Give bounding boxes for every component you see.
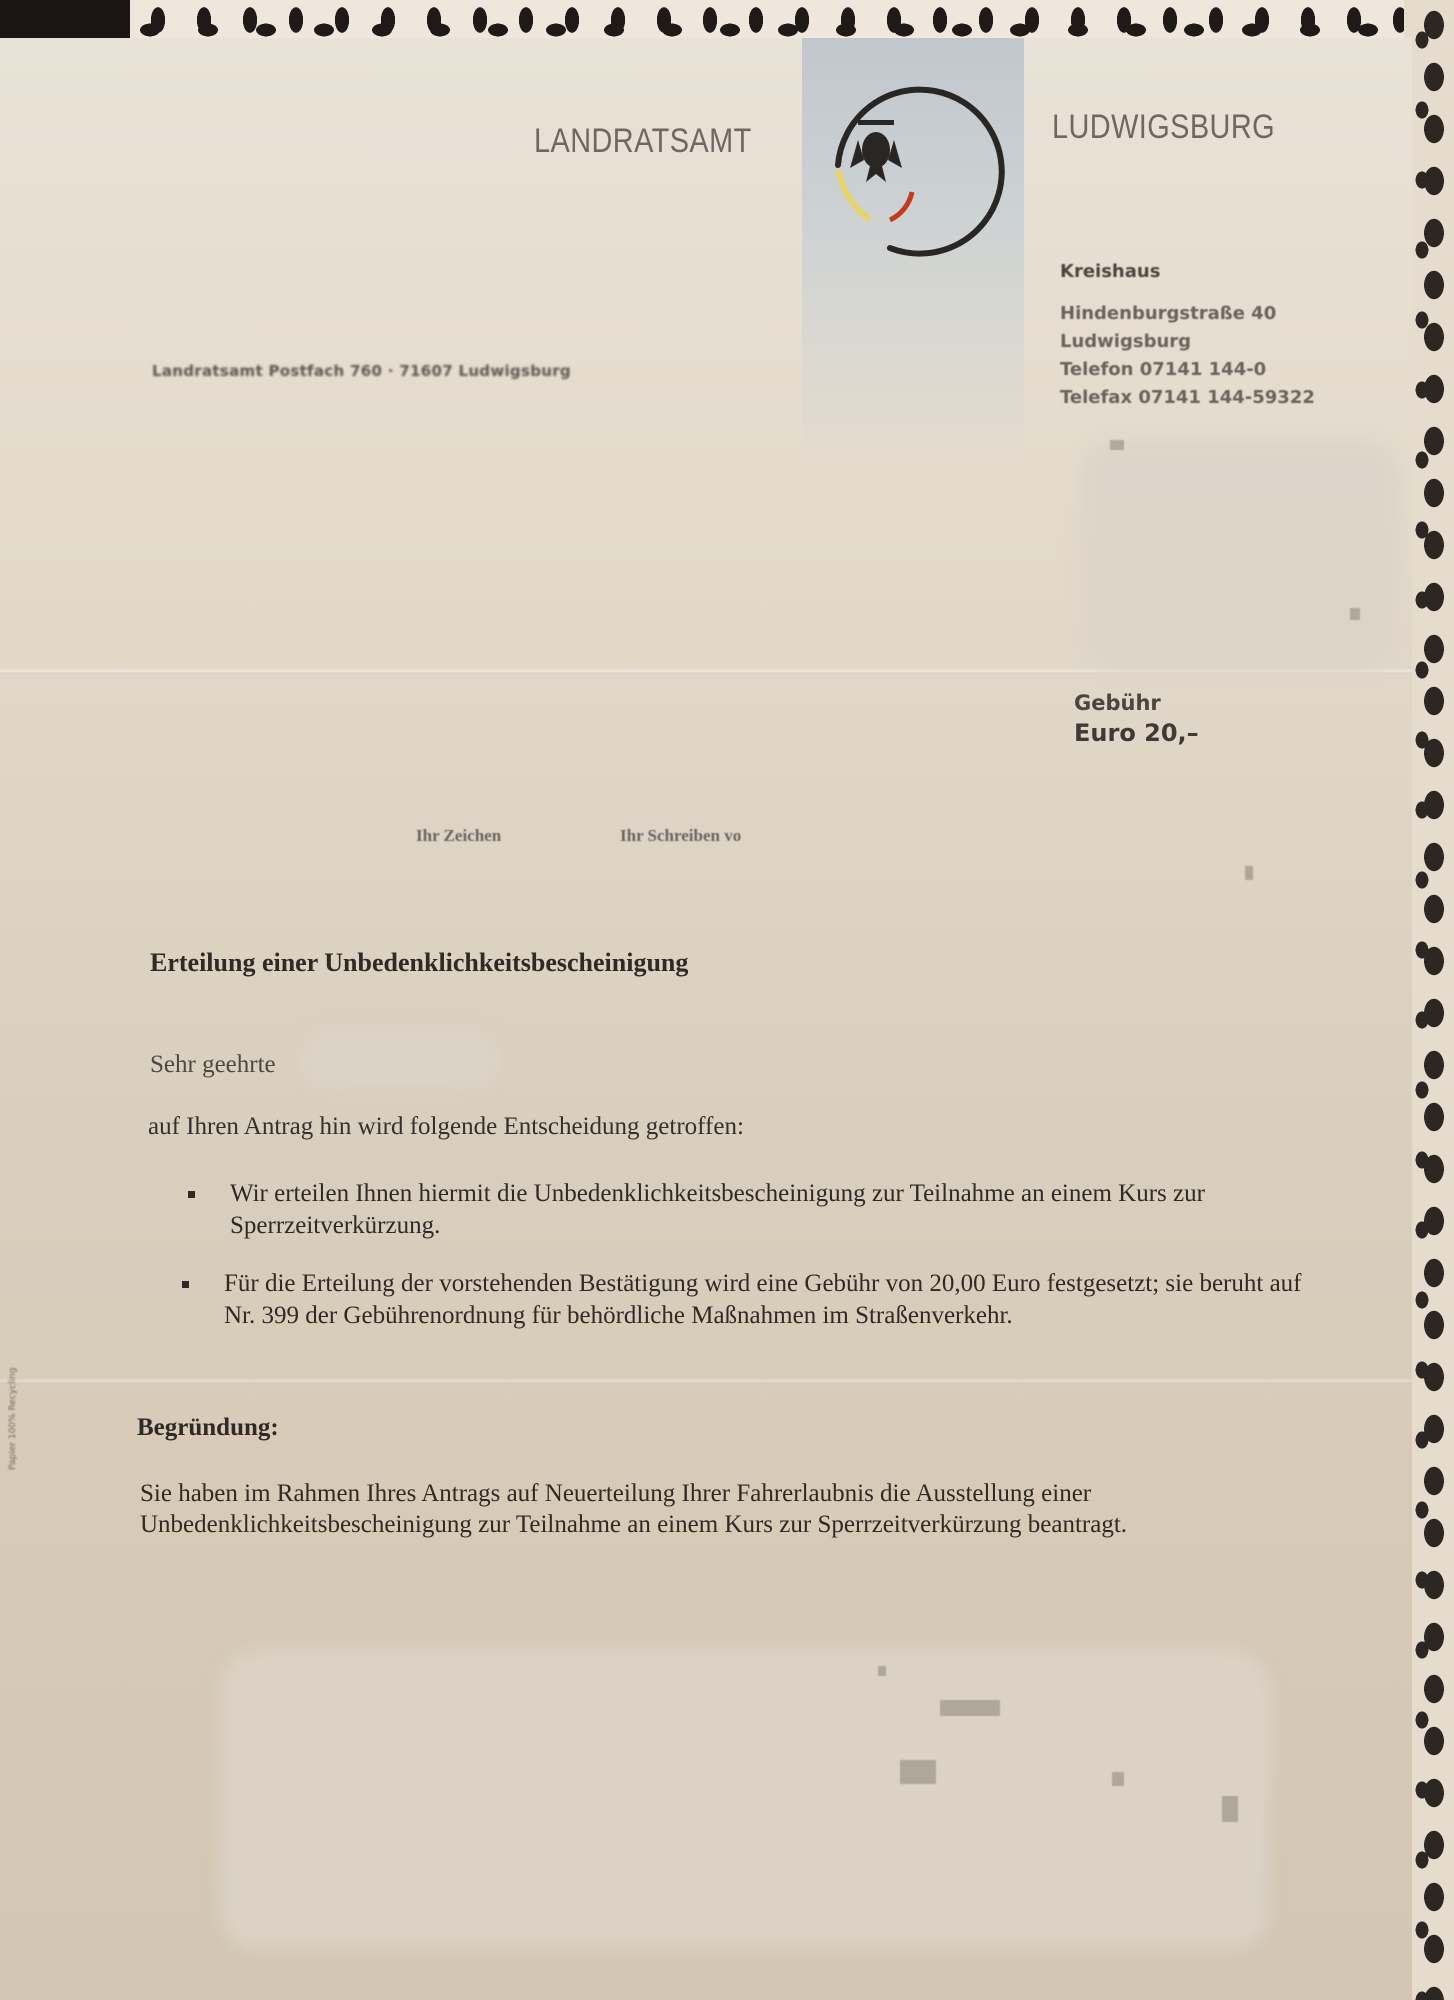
reason-heading: Begründung: bbox=[137, 1414, 279, 1442]
fee-amount: Euro 20,– bbox=[1074, 718, 1199, 748]
paper-fold bbox=[0, 1378, 1412, 1384]
redacted-contact-area bbox=[1080, 440, 1400, 670]
scan-artifact bbox=[1350, 608, 1360, 620]
sender-phone: Telefon 07141 144-0 bbox=[1060, 356, 1315, 384]
sender-contact-block: Kreishaus Hindenburgstraße 40 Ludwigsbur… bbox=[1060, 258, 1315, 412]
bullet-icon bbox=[182, 1281, 189, 1288]
scan-artifact bbox=[1112, 1772, 1124, 1786]
letter-intro: auf Ihren Antrag hin wird folgende Entsc… bbox=[148, 1113, 744, 1141]
redacted-recipient-name bbox=[300, 1030, 500, 1090]
reference-your-letter: Ihr Schreiben vo bbox=[620, 826, 741, 846]
return-address-line: Landratsamt Postfach 760 · 71607 Ludwigs… bbox=[152, 362, 571, 380]
letterhead-authority-right: LUDWIGSBURG bbox=[1052, 108, 1275, 147]
coat-of-arms-logo-icon bbox=[820, 70, 1020, 260]
sender-street: Hindenburgstraße 40 bbox=[1060, 300, 1315, 328]
decision-text: Für die Erteilung der vorstehenden Bestä… bbox=[224, 1270, 1302, 1329]
dark-background-corner bbox=[0, 0, 130, 40]
fee-label: Gebühr bbox=[1074, 688, 1199, 718]
letterhead-authority-left: LANDRATSAMT bbox=[534, 122, 752, 161]
decision-item: Wir erteilen Ihnen hiermit die Unbedenkl… bbox=[180, 1178, 1320, 1242]
paper-side-print: Papier 100% Recycling bbox=[8, 1368, 18, 1470]
sender-fax: Telefax 07141 144-59322 bbox=[1060, 384, 1315, 412]
scan-artifact bbox=[1245, 866, 1253, 880]
scan-artifact bbox=[900, 1760, 936, 1784]
scan-artifact bbox=[878, 1666, 886, 1676]
decision-item: Für die Erteilung der vorstehenden Bestä… bbox=[174, 1268, 1320, 1332]
decision-text: Wir erteilen Ihnen hiermit die Unbedenkl… bbox=[230, 1180, 1205, 1239]
fee-box: Gebühr Euro 20,– bbox=[1074, 688, 1199, 748]
scan-artifact bbox=[1222, 1796, 1238, 1822]
redacted-signature-area bbox=[220, 1650, 1270, 1950]
scan-artifact bbox=[1110, 440, 1124, 450]
decision-list: Wir erteilen Ihnen hiermit die Unbedenkl… bbox=[180, 1178, 1320, 1358]
letter-salutation: Sehr geehrte bbox=[150, 1051, 276, 1079]
sender-city: Ludwigsburg bbox=[1060, 328, 1315, 356]
scan-artifact bbox=[940, 1700, 1000, 1716]
reason-text: Sie haben im Rahmen Ihres Antrags auf Ne… bbox=[140, 1478, 1300, 1540]
reference-your-sign: Ihr Zeichen bbox=[416, 826, 501, 846]
letter-subject: Erteilung einer Unbedenklichkeitsbeschei… bbox=[150, 948, 688, 978]
sender-building: Kreishaus bbox=[1060, 258, 1315, 286]
bullet-icon bbox=[188, 1191, 195, 1198]
